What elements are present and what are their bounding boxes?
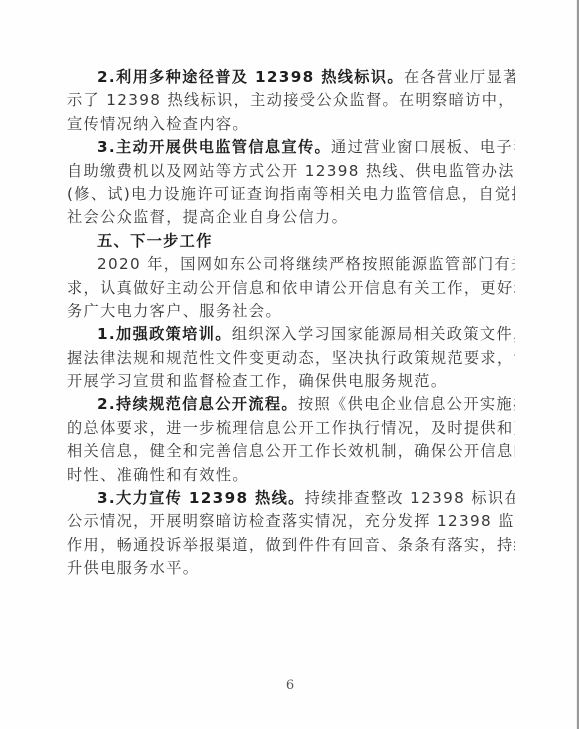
item-heading: 3.主动开展供电监管信息宣传。 [97,138,331,156]
text-line: 2.利用多种途径普及 12398 热线标识。在各营业厅显著位置公 [67,66,515,89]
text-line: 3.主动开展供电监管信息宣传。通过营业窗口展板、电子看板、 [67,136,515,159]
page-number: 6 [280,678,300,693]
text-line: 升供电服务水平。 [67,557,515,580]
text-line: 宣传情况纳入检查内容。 [67,113,515,136]
text-line: 示了 12398 热线标识，主动接受公众监督。在明察暗访中，将 12398 [67,89,515,112]
document-page: 2.利用多种途径普及 12398 热线标识。在各营业厅显著位置公 示了 1239… [0,0,576,729]
document-body: 2.利用多种途径普及 12398 热线标识。在各营业厅显著位置公 示了 1239… [67,66,515,581]
item-heading: 3.大力宣传 12398 热线。 [97,489,305,507]
text-line: 的总体要求，进一步梳理信息公开工作执行情况，及时提供和更新 [67,417,515,440]
text-line: (修、试)电力设施许可证查询指南等相关电力监管信息，自觉接受 [67,183,515,206]
item-heading: 2.持续规范信息公开流程。 [97,395,298,413]
text-line: 开展学习宣贯和监督检查工作，确保供电服务规范。 [67,370,515,393]
item-text: 组织深入学习国家能源局相关政策文件，掌 [232,325,515,343]
text-line: 务广大电力客户、服务社会。 [67,300,515,323]
item-text: 持续排查整改 12398 标识在营业场所 [305,489,515,507]
text-line: 作用，畅通投诉举报渠道，做到件件有回音、条条有落实，持续提 [67,534,515,557]
text-line: 相关信息，健全和完善信息公开工作长效机制，确保公开信息的及 [67,440,515,463]
text-line: 时性、准确性和有效性。 [67,464,515,487]
text-line: 2.持续规范信息公开流程。按照《供电企业信息公开实施办法》 [67,393,515,416]
item-text: 按照《供电企业信息公开实施办法》 [298,395,515,413]
item-heading: 1.加强政策培训。 [97,325,232,343]
item-heading: 2.利用多种途径普及 12398 热线标识。 [97,68,404,86]
text-line: 握法律法规和规范性文件变更动态，坚决执行政策规范要求，常态 [67,347,515,370]
item-text: 在各营业厅显著位置公 [404,68,515,86]
text-line: 公示情况，开展明察暗访检查落实情况，充分发挥 12398 监督促进 [67,510,515,533]
text-line: 1.加强政策培训。组织深入学习国家能源局相关政策文件，掌 [67,323,515,346]
text-line: 社会公众监督，提高企业自身公信力。 [67,206,515,229]
text-line: 3.大力宣传 12398 热线。持续排查整改 12398 标识在营业场所 [67,487,515,510]
text-line: 自助缴费机以及网站等方式公开 12398 热线、供电监管办法、承装 [67,160,515,183]
text-line: 2020 年，国网如东公司将继续严格按照能源监管部门有关要 [67,253,515,276]
section-heading: 五、下一步工作 [67,230,515,253]
page-border-line [577,0,579,729]
item-text: 通过营业窗口展板、电子看板、 [331,138,515,156]
text-line: 求，认真做好主动公开信息和依申请公开信息有关工作，更好地服 [67,277,515,300]
